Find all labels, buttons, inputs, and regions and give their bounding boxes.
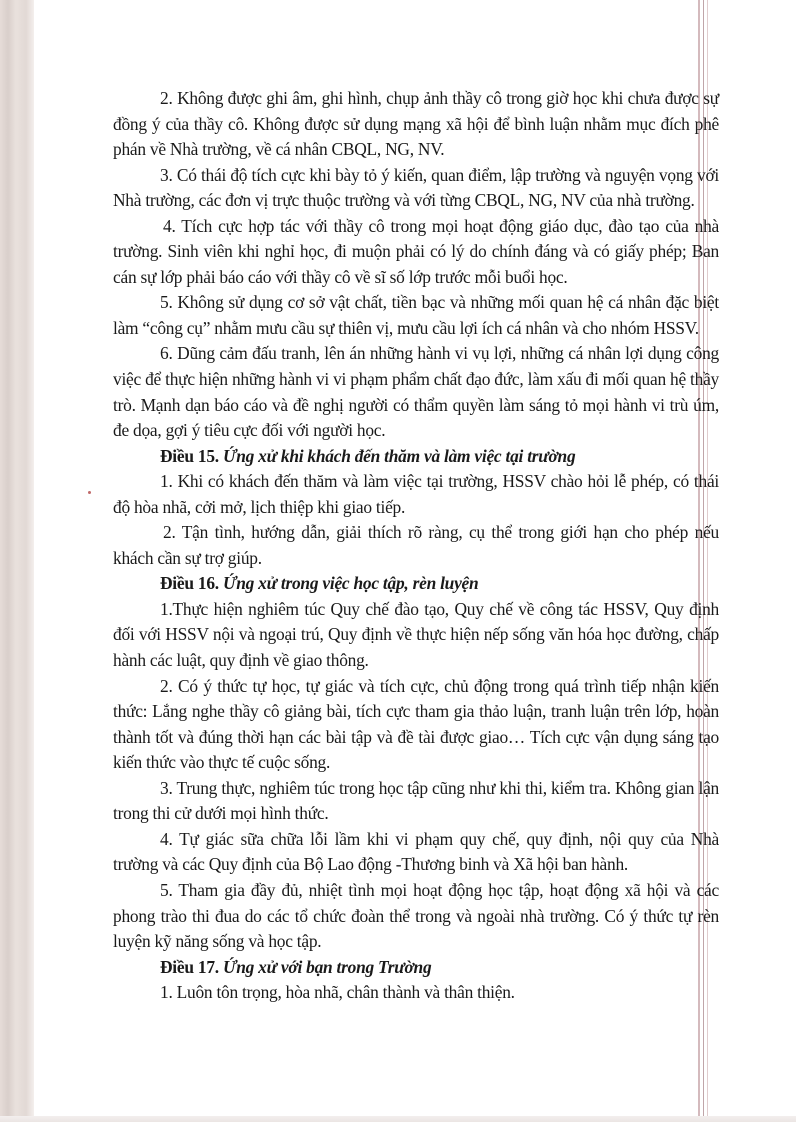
paragraph-rule-3: 3. Có thái độ tích cực khi bày tỏ ý kiến…	[113, 163, 719, 214]
paragraph-rule-4: 4. Tích cực hợp tác với thầy cô trong mọ…	[113, 214, 719, 291]
paragraph-art17-1: 1. Luôn tôn trọng, hòa nhã, chân thành v…	[113, 980, 719, 1006]
article-16-heading: Điều 16. Ứng xử trong việc học tập, rèn …	[113, 571, 719, 597]
scan-bottom-edge	[0, 1116, 796, 1122]
article-15-label: Điều 15.	[160, 446, 219, 466]
article-17-label: Điều 17.	[160, 957, 219, 977]
article-16-title: Ứng xử trong việc học tập, rèn luyện	[223, 573, 478, 593]
paragraph-art16-1: 1.Thực hiện nghiêm túc Quy chế đào tạo, …	[113, 597, 719, 674]
article-17-heading: Điều 17. Ứng xử với bạn trong Trường	[113, 955, 719, 981]
paragraph-art15-2: 2. Tận tình, hướng dẫn, giải thích rõ rà…	[113, 520, 719, 571]
scan-left-margin-strip	[0, 0, 34, 1122]
article-15-heading: Điều 15. Ứng xử khi khách đến thăm và là…	[113, 444, 719, 470]
document-page: 2. Không được ghi âm, ghi hình, chụp ảnh…	[113, 86, 719, 1006]
paragraph-rule-6: 6. Dũng cảm đấu tranh, lên án những hành…	[113, 341, 719, 443]
paragraph-art16-3: 3. Trung thực, nghiêm túc trong học tập …	[113, 776, 719, 827]
paragraph-art16-4: 4. Tự giác sữa chữa lỗi lầm khi vi phạm …	[113, 827, 719, 878]
paragraph-art16-2: 2. Có ý thức tự học, tự giác và tích cực…	[113, 674, 719, 776]
paragraph-art16-5: 5. Tham gia đầy đủ, nhiệt tình mọi hoạt …	[113, 878, 719, 955]
article-17-title: Ứng xử với bạn trong Trường	[223, 957, 431, 977]
paragraph-art15-1: 1. Khi có khách đến thăm và làm việc tại…	[113, 469, 719, 520]
article-15-title: Ứng xử khi khách đến thăm và làm việc tạ…	[223, 446, 575, 466]
paragraph-rule-2: 2. Không được ghi âm, ghi hình, chụp ảnh…	[113, 86, 719, 163]
paragraph-rule-5: 5. Không sử dụng cơ sở vật chất, tiền bạ…	[113, 290, 719, 341]
article-16-label: Điều 16.	[160, 573, 219, 593]
scan-speck	[88, 491, 91, 494]
